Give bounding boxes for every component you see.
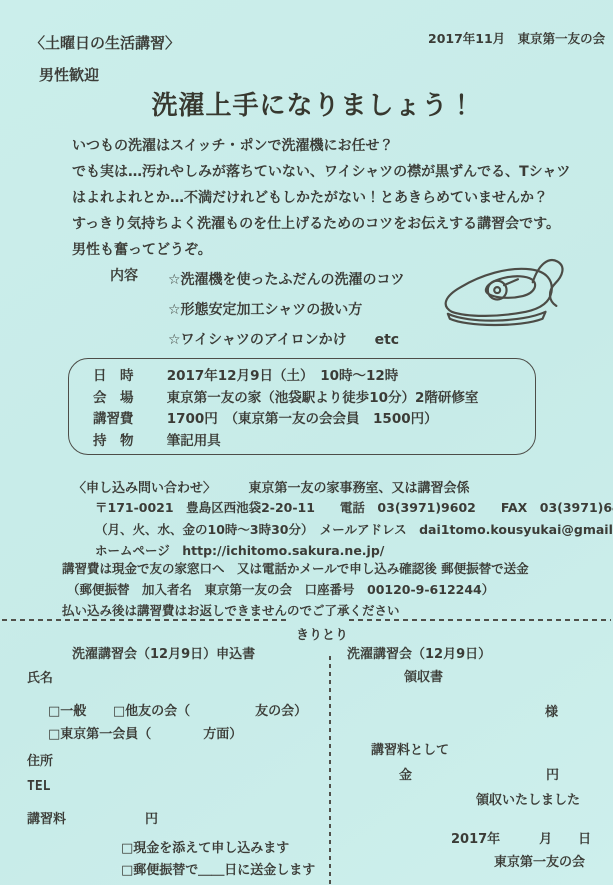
- checkbox-icon: □: [113, 704, 125, 719]
- tel-field-label: TEL: [27, 779, 50, 794]
- contents-items: ☆洗濯機を使ったふだんの洗濯のコツ ☆形態安定加工シャツの扱い方 ☆ワイシャツの…: [168, 265, 405, 355]
- iron-dial-center: [494, 287, 500, 293]
- intro-line: でも実は…汚れやしみが落ちていない、ワイシャツの襟が黒ずんでる、Tシャツ: [72, 159, 570, 185]
- checkbox-icon: □: [121, 863, 133, 878]
- member-option-row: □東京第一会員（ 方面）: [48, 723, 242, 742]
- checkbox-icon: □: [121, 841, 133, 856]
- option-label: 他友の会（ 友の会）: [125, 704, 307, 719]
- option-general: □一般: [48, 700, 86, 719]
- iron-dial-lever: [504, 279, 518, 285]
- intro-paragraph: いつもの洗濯はスイッチ・ポンで洗濯機にお任せ？ でも実は…汚れやしみが落ちていな…: [72, 133, 570, 263]
- men-welcome-note: 男性歓迎: [39, 64, 99, 85]
- page-title: 洗濯上手になりましょう！: [0, 85, 613, 122]
- option-label: 東京第一会員（ 方面）: [60, 727, 242, 742]
- no-refund-note: 払い込み後は講習費はお返しできませんのでご了承ください: [62, 601, 400, 619]
- detail-value: 1700円 （東京第一友の会会員 1500円）: [167, 411, 438, 427]
- transfer-option-row: □郵便振替で＿＿日に送金します: [121, 859, 315, 878]
- detail-value: 筆記用具: [167, 433, 221, 449]
- received-statement: 領収いたしました: [476, 789, 580, 808]
- cutline-right-segment: [349, 619, 611, 621]
- iron-illustration: [437, 252, 585, 344]
- intro-line: すっきり気持ちよく洗濯ものを仕上げるためのコツをお伝えする講習会です。: [72, 211, 570, 237]
- option-label: 郵便振替で＿＿日に送金します: [133, 863, 315, 878]
- cutline-label: きりとり: [296, 624, 348, 643]
- detail-label: 日 時: [93, 366, 148, 388]
- vertical-cutline: [329, 656, 331, 885]
- contents-item: ☆洗濯機を使ったふだんの洗濯のコツ: [168, 265, 405, 295]
- series-label: 〈土曜日の生活講習〉: [30, 32, 180, 53]
- amount-kin-label: 金: [399, 764, 412, 783]
- detail-label: 講習費: [93, 409, 148, 431]
- fee-field-label: 講習料: [27, 808, 66, 827]
- detail-label: 会 場: [93, 388, 148, 410]
- contact-website-line: ホームページ http://ichitomo.sakura.ne.jp/: [95, 541, 384, 559]
- intro-line: はよれよれとか…不満だけれどもしかたがない！とあきらめていませんか？: [72, 185, 570, 211]
- cash-option-row: □現金を添えて申し込みます: [121, 837, 289, 856]
- fee-as-label: 講習料として: [371, 739, 449, 758]
- issue-info: 2017年11月 東京第一友の会: [428, 29, 605, 47]
- contact-heading-row: 〈申し込み問い合わせ〉 東京第一友の家事務室、又は講習会係: [73, 477, 470, 496]
- detail-value: 東京第一友の家（池袋駅より徒歩10分）2階研修室: [167, 390, 479, 406]
- name-field-label: 氏名: [27, 667, 53, 686]
- contents-item: ☆ワイシャツのアイロンかけ etc: [168, 325, 405, 355]
- membership-option-row: □一般 □他友の会（ 友の会）: [48, 700, 307, 719]
- option-tokyo-daiichi-member: □東京第一会員（ 方面）: [48, 723, 242, 742]
- fee-yen-label: 円: [145, 808, 158, 827]
- detail-row: 持 物 筆記用具: [93, 431, 535, 453]
- option-other-tomonokai: □他友の会（ 友の会）: [113, 700, 307, 719]
- detail-row: 会 場 東京第一友の家（池袋駅より徒歩10分）2階研修室: [93, 388, 535, 410]
- details-box: 日 時 2017年12月9日（土） 10時～12時 会 場 東京第一友の家（池袋…: [68, 358, 536, 455]
- cutline-left-segment: [2, 619, 290, 621]
- address-field-label: 住所: [27, 750, 53, 769]
- receipt-title: 洗濯講習会（12月9日）: [347, 643, 491, 662]
- detail-value: 2017年12月9日（土） 10時～12時: [167, 368, 399, 384]
- amount-yen-label: 円: [546, 764, 559, 783]
- contact-hours-email-line: （月、火、水、金の10時～3時30分） メールアドレス dai1tomo.kou…: [95, 520, 613, 538]
- addressee-sama-label: 様: [545, 701, 558, 720]
- flyer-page: 〈土曜日の生活講習〉 2017年11月 東京第一友の会 男性歓迎 洗濯上手になり…: [0, 0, 613, 885]
- org-signature: 東京第一友の会: [494, 851, 585, 870]
- contents-item: ☆形態安定加工シャツの扱い方: [168, 295, 405, 325]
- receipt-date-line: 2017年 月 日: [451, 828, 591, 847]
- iron-handle: [486, 276, 535, 297]
- receipt-subtitle: 領収書: [404, 666, 443, 685]
- option-label: 現金を添えて申し込みます: [133, 841, 289, 856]
- contents-section: 内容 ☆洗濯機を使ったふだんの洗濯のコツ ☆形態安定加工シャツの扱い方 ☆ワイシ…: [110, 265, 405, 355]
- intro-line: いつもの洗濯はスイッチ・ポンで洗濯機にお任せ？: [72, 133, 570, 159]
- detail-label: 持 物: [93, 431, 148, 453]
- checkbox-icon: □: [48, 704, 60, 719]
- option-label: 一般: [60, 704, 86, 719]
- detail-row: 日 時 2017年12月9日（土） 10時～12時: [93, 366, 535, 388]
- payment-instruction-line: 講習費は現金で友の家窓口へ 又は電話かメールで申し込み確認後 郵便振替で送金: [62, 559, 529, 577]
- checkbox-icon: □: [48, 727, 60, 742]
- detail-row: 講習費 1700円 （東京第一友の会会員 1500円）: [93, 409, 535, 431]
- postal-transfer-account-line: （郵便振替 加入者名 東京第一友の会 口座番号 00120-9-612244）: [67, 580, 494, 598]
- application-form-title: 洗濯講習会（12月9日）申込書: [72, 643, 255, 662]
- contents-label: 内容: [110, 265, 138, 355]
- contact-heading: 〈申し込み問い合わせ〉: [73, 481, 216, 496]
- contact-address-line: 〒171-0021 豊島区西池袋2-20-11 電話 03(3971)9602 …: [95, 498, 613, 516]
- contact-heading-value: 東京第一友の家事務室、又は講習会係: [249, 481, 470, 496]
